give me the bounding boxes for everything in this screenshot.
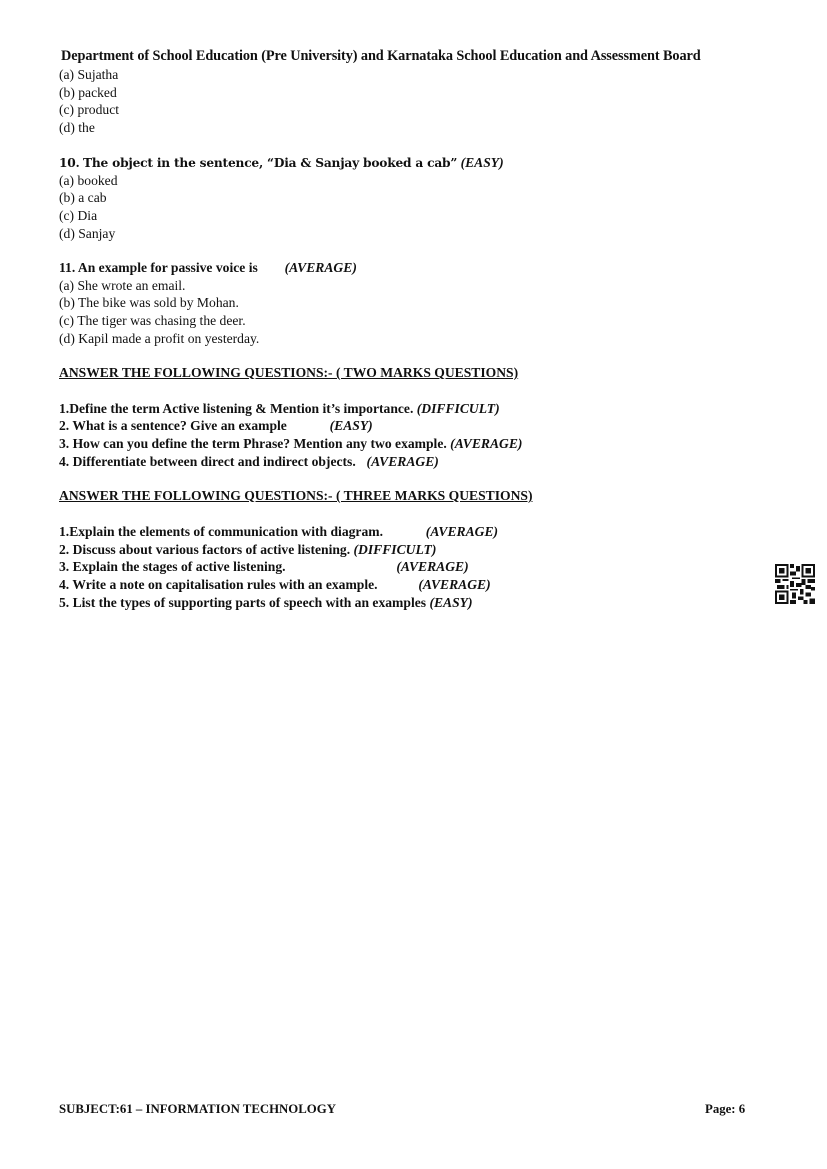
footer-subject: SUBJECT:61 – INFORMATION TECHNOLOGY [59,1102,336,1117]
question-text: 4. Differentiate between direct and indi… [59,454,356,469]
question-number: 11. [59,260,75,275]
two-marks-q1: 1.Define the term Active listening & Men… [59,400,500,417]
two-marks-q4: 4. Differentiate between direct and indi… [59,453,439,470]
question-text: 1.Explain the elements of communication … [59,524,383,539]
option-10c: (c) Dia [59,207,97,224]
question-number: 10. [59,156,80,170]
difficulty-tag: (AVERAGE) [426,524,498,539]
option-9b: (b) packed [59,84,117,101]
difficulty-tag: (AVERAGE) [285,260,357,275]
option-10a: (a) booked [59,172,118,189]
three-marks-q5: 5. List the types of supporting parts of… [59,594,473,611]
option-10b: (b) a cab [59,189,107,206]
question-text: 4. Write a note on capitalisation rules … [59,577,378,592]
difficulty-tag: (DIFFICULT) [417,401,500,416]
three-marks-q2: 2. Discuss about various factors of acti… [59,541,436,558]
difficulty-tag: (AVERAGE) [396,559,468,574]
three-marks-q1: 1.Explain the elements of communication … [59,523,498,540]
question-text: 2. Discuss about various factors of acti… [59,542,350,557]
question-text: 3. How can you define the term Phrase? M… [59,436,447,451]
difficulty-tag: (EASY) [429,595,472,610]
question-11: 11. An example for passive voice is (AVE… [59,259,357,276]
option-11b: (b) The bike was sold by Mohan. [59,294,239,311]
question-text: 5. List the types of supporting parts of… [59,595,426,610]
two-marks-q2: 2. What is a sentence? Give an example (… [59,417,373,434]
difficulty-tag: (EASY) [461,155,504,170]
question-text: An example for passive voice is [78,260,258,275]
option-11a: (a) She wrote an email. [59,277,185,294]
three-marks-q3: 3. Explain the stages of active listenin… [59,558,469,575]
difficulty-tag: (AVERAGE) [418,577,490,592]
question-text: The object in the sentence, “Dia & Sanja… [83,156,457,170]
question-10: 10. The object in the sentence, “Dia & S… [59,154,504,172]
two-marks-heading: ANSWER THE FOLLOWING QUESTIONS:- ( TWO M… [59,365,518,381]
option-11d: (d) Kapil made a profit on yesterday. [59,330,259,347]
difficulty-tag: (AVERAGE) [450,436,522,451]
option-11c: (c) The tiger was chasing the deer. [59,312,246,329]
three-marks-q4: 4. Write a note on capitalisation rules … [59,576,491,593]
option-9c: (c) product [59,101,119,118]
page-header: Department of School Education (Pre Univ… [61,48,761,65]
difficulty-tag: (DIFFICULT) [354,542,437,557]
option-9a: (a) Sujatha [59,66,118,83]
option-10d: (d) Sanjay [59,225,115,242]
question-text: 1.Define the term Active listening & Men… [59,401,413,416]
two-marks-q3: 3. How can you define the term Phrase? M… [59,435,522,452]
question-text: 3. Explain the stages of active listenin… [59,559,286,574]
option-9d: (d) the [59,119,95,136]
three-marks-heading: ANSWER THE FOLLOWING QUESTIONS:- ( THREE… [59,488,533,504]
question-text: 2. What is a sentence? Give an example [59,418,287,433]
difficulty-tag: (AVERAGE) [367,454,439,469]
qr-code-icon [775,564,815,604]
page-number: Page: 6 [705,1102,745,1117]
difficulty-tag: (EASY) [330,418,373,433]
